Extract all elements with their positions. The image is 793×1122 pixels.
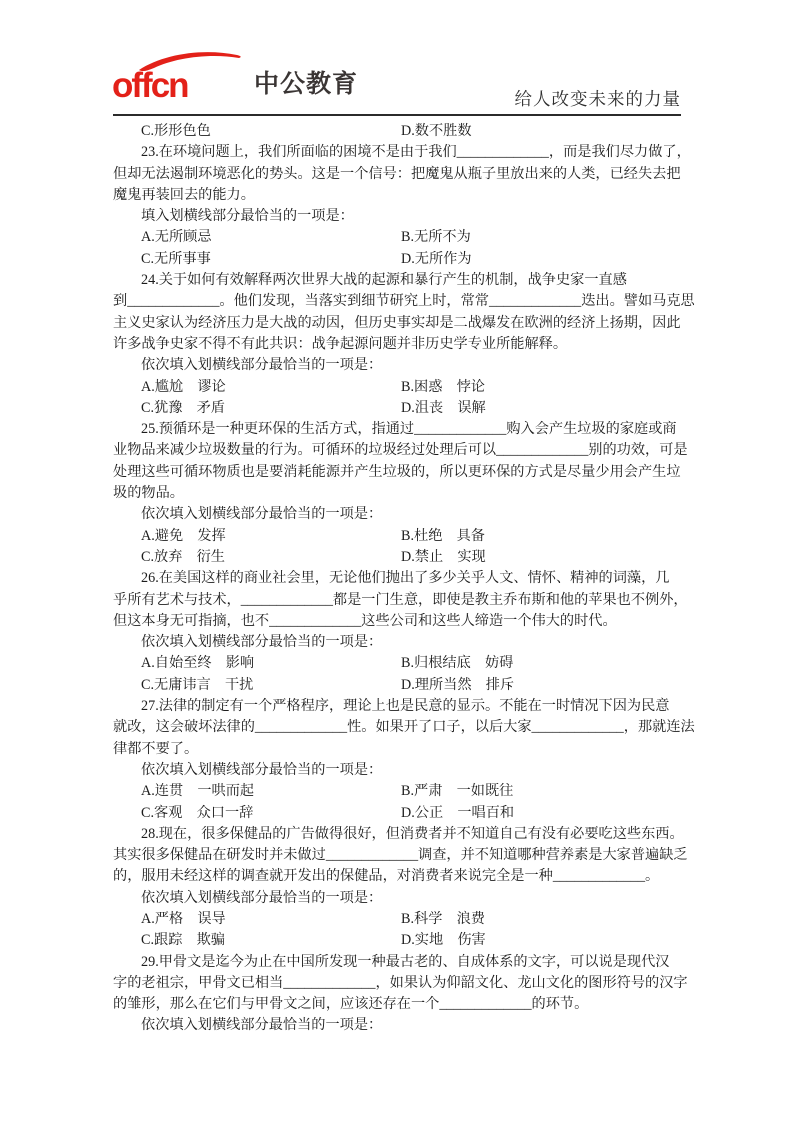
question-line: 魔鬼再装回去的能力。: [113, 185, 681, 206]
question-line: 26.在美国这样的商业社会里，无论他们抛出了多少关乎人文、情怀、精神的词藻，几: [113, 568, 681, 589]
question-27: 27.法律的制定有一个严格程序，理论上也是民意的显示。不能在一时情况下因为民意 …: [113, 696, 681, 824]
question-line: 但却无法遏制环境恶化的势头。这是一个信号：把魔鬼从瓶子里放出来的人类，已经失去把: [113, 164, 681, 185]
question-prompt: 依次填入划横线部分最恰当的一项是：: [113, 504, 681, 525]
option-row: A.连贯 一哄而起 B.严肃 一如既往: [113, 781, 681, 802]
option-a: A.避免 发挥: [141, 526, 401, 547]
option-c: C.客观 众口一辞: [141, 803, 401, 824]
option-row: C.跟踪 欺骗 D.实地 伤害: [113, 930, 681, 951]
brand-name: 中公教育: [254, 72, 358, 100]
question-line: 其实很多保健品在研发时并未做过_____________调查，并不知道哪种营养素…: [113, 845, 681, 866]
question-line: 乎所有艺术与技术，_____________都是一门生意，即使是教主乔布斯和他的…: [113, 590, 681, 611]
question-prompt: 依次填入划横线部分最恰当的一项是：: [113, 355, 681, 376]
question-line: 主义史家认为经济压力是大战的动因，但历史事实却是二战爆发在欧洲的经济上扬期，因此: [113, 313, 681, 334]
question-line: 25.预循环是一种更环保的生活方式，指通过_____________购入会产生垃…: [113, 419, 681, 440]
offcn-logo: offcn 中公教育: [113, 48, 358, 100]
question-line: 但这本身无可指摘，也不_____________这些公司和这些人缔造一个伟大的时…: [113, 611, 681, 632]
option-row: C.放弃 衍生 D.禁止 实现: [113, 547, 681, 568]
option-row: C.犹豫 矛盾 D.沮丧 误解: [113, 398, 681, 419]
question-line: 就改，这会破坏法律的_____________性。如果开了口子，以后大家____…: [113, 717, 681, 738]
option-c: C.无所事事: [141, 249, 401, 270]
question-line: 业物品来减少垃圾数量的行为。可循环的垃圾经过处理后可以_____________…: [113, 440, 681, 461]
option-a: A.自始至终 影响: [141, 653, 401, 674]
option-row: A.尴尬 谬论 B.困惑 悖论: [113, 377, 681, 398]
option-d: D.沮丧 误解: [401, 398, 486, 419]
option-row: C.客观 众口一辞 D.公正 一唱百和: [113, 803, 681, 824]
question-line: 23.在环境问题上，我们所面临的困境不是由于我们_____________，而是…: [113, 142, 681, 163]
option-a: A.严格 误导: [141, 909, 401, 930]
offcn-logo-text: offcn: [113, 66, 188, 100]
question-line: 处理这些可循环物质也是要消耗能源并产生垃圾的，所以更环保的方式是尽量少用会产生垃: [113, 462, 681, 483]
question-24: 24.关于如何有效解释两次世界大战的起源和暴行产生的机制，战争史家一直感 到__…: [113, 270, 681, 419]
option-row: A.避免 发挥 B.杜绝 具备: [113, 526, 681, 547]
option-b: B.无所不为: [401, 227, 471, 248]
option-a: A.连贯 一哄而起: [141, 781, 401, 802]
option-c: C.放弃 衍生: [141, 547, 401, 568]
question-line: 28.现在，很多保健品的广告做得很好，但消费者并不知道自己有没有必要吃这些东西。: [113, 824, 681, 845]
option-b: B.归根结底 妨碍: [401, 653, 513, 674]
question-line: 许多战争史家不得不有此共识：战争起源问题并非历史学专业所能解释。: [113, 334, 681, 355]
question-line: 24.关于如何有效解释两次世界大战的起源和暴行产生的机制，战争史家一直感: [113, 270, 681, 291]
question-line: 29.甲骨文是迄今为止在中国所发现一种最古老的、自成体系的文字，可以说是现代汉: [113, 952, 681, 973]
page-header: offcn 中公教育 给人改变未来的力量: [113, 0, 681, 116]
option-d: D.实地 伤害: [401, 930, 486, 951]
option-c: C.跟踪 欺骗: [141, 930, 401, 951]
option-d: D.数不胜数: [401, 121, 472, 142]
option-row: C.无庸讳言 干扰 D.理所当然 排斥: [113, 675, 681, 696]
option-c: C.无庸讳言 干扰: [141, 675, 401, 696]
option-b: B.杜绝 具备: [401, 526, 485, 547]
option-c: C.犹豫 矛盾: [141, 398, 401, 419]
option-a: A.无所顾忌: [141, 227, 401, 248]
question-25: 25.预循环是一种更环保的生活方式，指通过_____________购入会产生垃…: [113, 419, 681, 568]
option-row: A.严格 误导 B.科学 浪费: [113, 909, 681, 930]
option-c: C.形形色色: [141, 121, 401, 142]
option-b: B.严肃 一如既往: [401, 781, 513, 802]
header-slogan: 给人改变未来的力量: [515, 86, 682, 111]
question-line: 圾的物品。: [113, 483, 681, 504]
question-line: 到_____________。他们发现，当落实到细节研究上时，常常_______…: [113, 291, 681, 312]
option-b: B.科学 浪费: [401, 909, 485, 930]
question-prompt: 依次填入划横线部分最恰当的一项是：: [113, 888, 681, 909]
question-line: 律都不要了。: [113, 739, 681, 760]
question-26: 26.在美国这样的商业社会里，无论他们抛出了多少关乎人文、情怀、精神的词藻，几 …: [113, 568, 681, 696]
exam-content: C.形形色色 D.数不胜数 23.在环境问题上，我们所面临的困境不是由于我们__…: [113, 121, 681, 1037]
offcn-logo-icon: offcn: [113, 48, 245, 100]
option-d: D.公正 一唱百和: [401, 803, 514, 824]
question-prompt: 依次填入划横线部分最恰当的一项是：: [113, 632, 681, 653]
option-d: D.理所当然 排斥: [401, 675, 514, 696]
option-row: A.自始至终 影响 B.归根结底 妨碍: [113, 653, 681, 674]
question-line: 字的老祖宗，甲骨文已相当_____________，如果认为仰韶文化、龙山文化的…: [113, 973, 681, 994]
question-28: 28.现在，很多保健品的广告做得很好，但消费者并不知道自己有没有必要吃这些东西。…: [113, 824, 681, 952]
option-row: C.无所事事 D.无所作为: [113, 249, 681, 270]
option-b: B.困惑 悖论: [401, 377, 485, 398]
question-prompt: 依次填入划横线部分最恰当的一项是：: [113, 1015, 681, 1036]
option-d: D.无所作为: [401, 249, 472, 270]
question-line: 的，服用未经这样的调查就开发出的保健品，对消费者来说完全是一种_________…: [113, 866, 681, 887]
question-prompt: 依次填入划横线部分最恰当的一项是：: [113, 760, 681, 781]
carryover-option-row: C.形形色色 D.数不胜数: [113, 121, 681, 142]
question-prompt: 填入划横线部分最恰当的一项是：: [113, 206, 681, 227]
question-23: 23.在环境问题上，我们所面临的困境不是由于我们_____________，而是…: [113, 142, 681, 270]
option-a: A.尴尬 谬论: [141, 377, 401, 398]
question-line: 的雏形，那么在它们与甲骨文之间，应该还存在一个_____________的环节。: [113, 994, 681, 1015]
question-line: 27.法律的制定有一个严格程序，理论上也是民意的显示。不能在一时情况下因为民意: [113, 696, 681, 717]
option-d: D.禁止 实现: [401, 547, 486, 568]
option-row: A.无所顾忌 B.无所不为: [113, 227, 681, 248]
question-29: 29.甲骨文是迄今为止在中国所发现一种最古老的、自成体系的文字，可以说是现代汉 …: [113, 952, 681, 1037]
